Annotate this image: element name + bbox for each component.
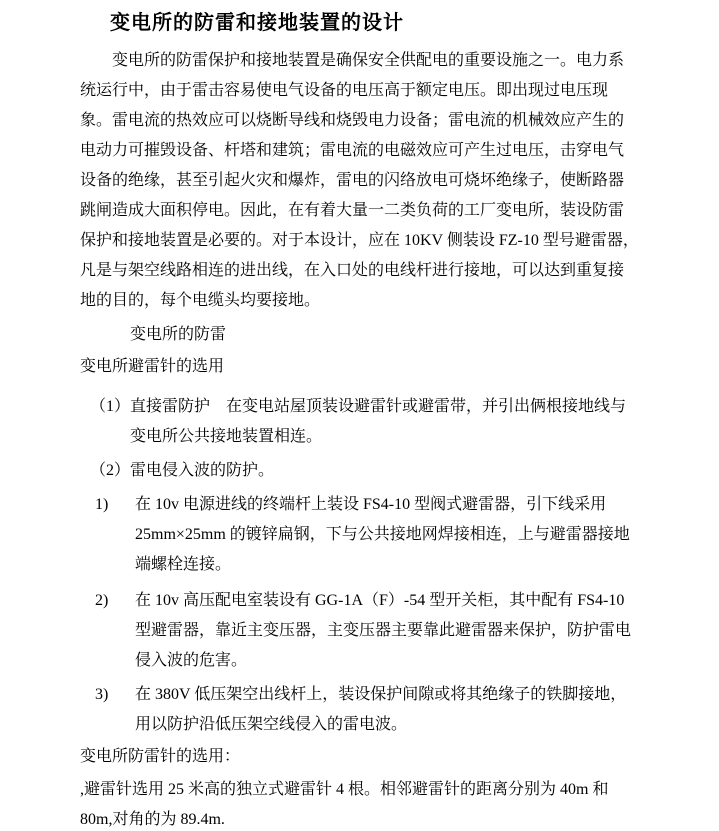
intro-paragraph: 变电所的防雷保护和接地装置是确保安全供配电的重要设施之一。电力系 统运行中，由于…	[80, 46, 719, 316]
intro-line: 跳闸造成大面积停电。因此，在有着大量一二类负荷的工厂变电所，装设防雷	[80, 196, 719, 226]
numbered-item-marker: 3)	[95, 680, 135, 710]
list-item-line: 变电所公共接地装置相连。	[130, 422, 719, 452]
closing-paragraph: ,避雷针选用 25 米高的独立式避雷针 4 根。相邻避雷针的距离分别为 40m …	[80, 775, 719, 831]
numbered-item-marker: 2)	[95, 586, 135, 616]
numbered-item-line: 型避雷器，靠近主变压器，主变压器主要靠此避雷器来保护，防护雷电	[135, 616, 719, 646]
intro-line: 电动力可摧毁设备、杆塔和建筑；雷电流的电磁效应可产生过电压，击穿电气	[80, 136, 719, 166]
intro-line: 变电所的防雷保护和接地装置是确保安全供配电的重要设施之一。电力系	[80, 46, 719, 76]
numbered-item-line: 用以防护沿低压架空线侵入的雷电波。	[135, 710, 719, 740]
list-item-direct-lightning: （1） 直接雷防护 在变电站屋顶装设避雷针或避雷带，并引出俩根接地线与 变电所公…	[90, 392, 719, 452]
numbered-item-line: 25mm×25mm 的镀锌扁钢，下与公共接地网焊接相连，上与避雷器接地	[135, 520, 719, 550]
list-item-body: 直接雷防护 在变电站屋顶装设避雷针或避雷带，并引出俩根接地线与 变电所公共接地装…	[130, 392, 719, 452]
numbered-item-body: 在 380V 低压架空出线杆上，装设保护间隙或将其绝缘子的铁脚接地， 用以防护沿…	[135, 680, 719, 740]
document-page: 变电所的防雷和接地装置的设计 变电所的防雷保护和接地装置是确保安全供配电的重要设…	[0, 0, 719, 831]
list-item-marker: （2）	[90, 456, 130, 486]
numbered-item-line: 在 10v 电源进线的终端杆上装设 FS4-10 型阀式避雷器，引下线采用	[135, 490, 719, 520]
section-heading-lightning-protection: 变电所的防雷	[130, 320, 719, 350]
list-item-marker: （1）	[90, 392, 130, 422]
numbered-item-marker: 1)	[95, 490, 135, 520]
list-item-line: 雷电侵入波的防护。	[130, 456, 719, 486]
intro-line: 象。雷电流的热效应可以烧断导线和烧毁电力设备；雷电流的机械效应产生的	[80, 106, 719, 136]
numbered-item-body: 在 10v 高压配电室装设有 GG-1A（F）-54 型开关柜，其中配有 FS4…	[135, 586, 719, 676]
list-item-intrusion-wave: （2） 雷电侵入波的防护。	[90, 456, 719, 486]
numbered-item-1: 1) 在 10v 电源进线的终端杆上装设 FS4-10 型阀式避雷器，引下线采用…	[95, 490, 719, 580]
intro-line: 凡是与架空线路相连的进出线，在入口处的电线杆进行接地，可以达到重复接	[80, 256, 719, 286]
numbered-item-3: 3) 在 380V 低压架空出线杆上，装设保护间隙或将其绝缘子的铁脚接地， 用以…	[95, 680, 719, 740]
closing-heading-rod-selection: 变电所防雷针的选用：	[80, 742, 719, 772]
intro-line: 统运行中，由于雷击容易使电气设备的电压高于额定电压。即出现过电压现	[80, 76, 719, 106]
closing-line: ,避雷针选用 25 米高的独立式避雷针 4 根。相邻避雷针的距离分别为 40m …	[80, 775, 719, 805]
list-item-body: 雷电侵入波的防护。	[130, 456, 719, 486]
numbered-item-line: 端螺栓连接。	[135, 550, 719, 580]
numbered-item-line: 侵入波的危害。	[135, 646, 719, 676]
intro-line: 地的目的，每个电缆头均要接地。	[80, 286, 719, 316]
document-title: 变电所的防雷和接地装置的设计	[110, 8, 719, 38]
numbered-item-line: 在 10v 高压配电室装设有 GG-1A（F）-54 型开关柜，其中配有 FS4…	[135, 586, 719, 616]
list-item-line: 直接雷防护 在变电站屋顶装设避雷针或避雷带，并引出俩根接地线与	[130, 392, 719, 422]
numbered-item-body: 在 10v 电源进线的终端杆上装设 FS4-10 型阀式避雷器，引下线采用 25…	[135, 490, 719, 580]
closing-line: 80m,对角的为 89.4m.	[80, 805, 719, 831]
subsection-heading-rod-selection: 变电所避雷针的选用	[80, 352, 719, 382]
intro-line: 保护和接地装置是必要的。对于本设计，应在 10KV 侧装设 FZ-10 型号避雷…	[80, 226, 719, 256]
intro-line: 设备的绝缘，甚至引起火灾和爆炸，雷电的闪络放电可烧坏绝缘子，使断路器	[80, 166, 719, 196]
numbered-item-line: 在 380V 低压架空出线杆上，装设保护间隙或将其绝缘子的铁脚接地，	[135, 680, 719, 710]
numbered-item-2: 2) 在 10v 高压配电室装设有 GG-1A（F）-54 型开关柜，其中配有 …	[95, 586, 719, 676]
